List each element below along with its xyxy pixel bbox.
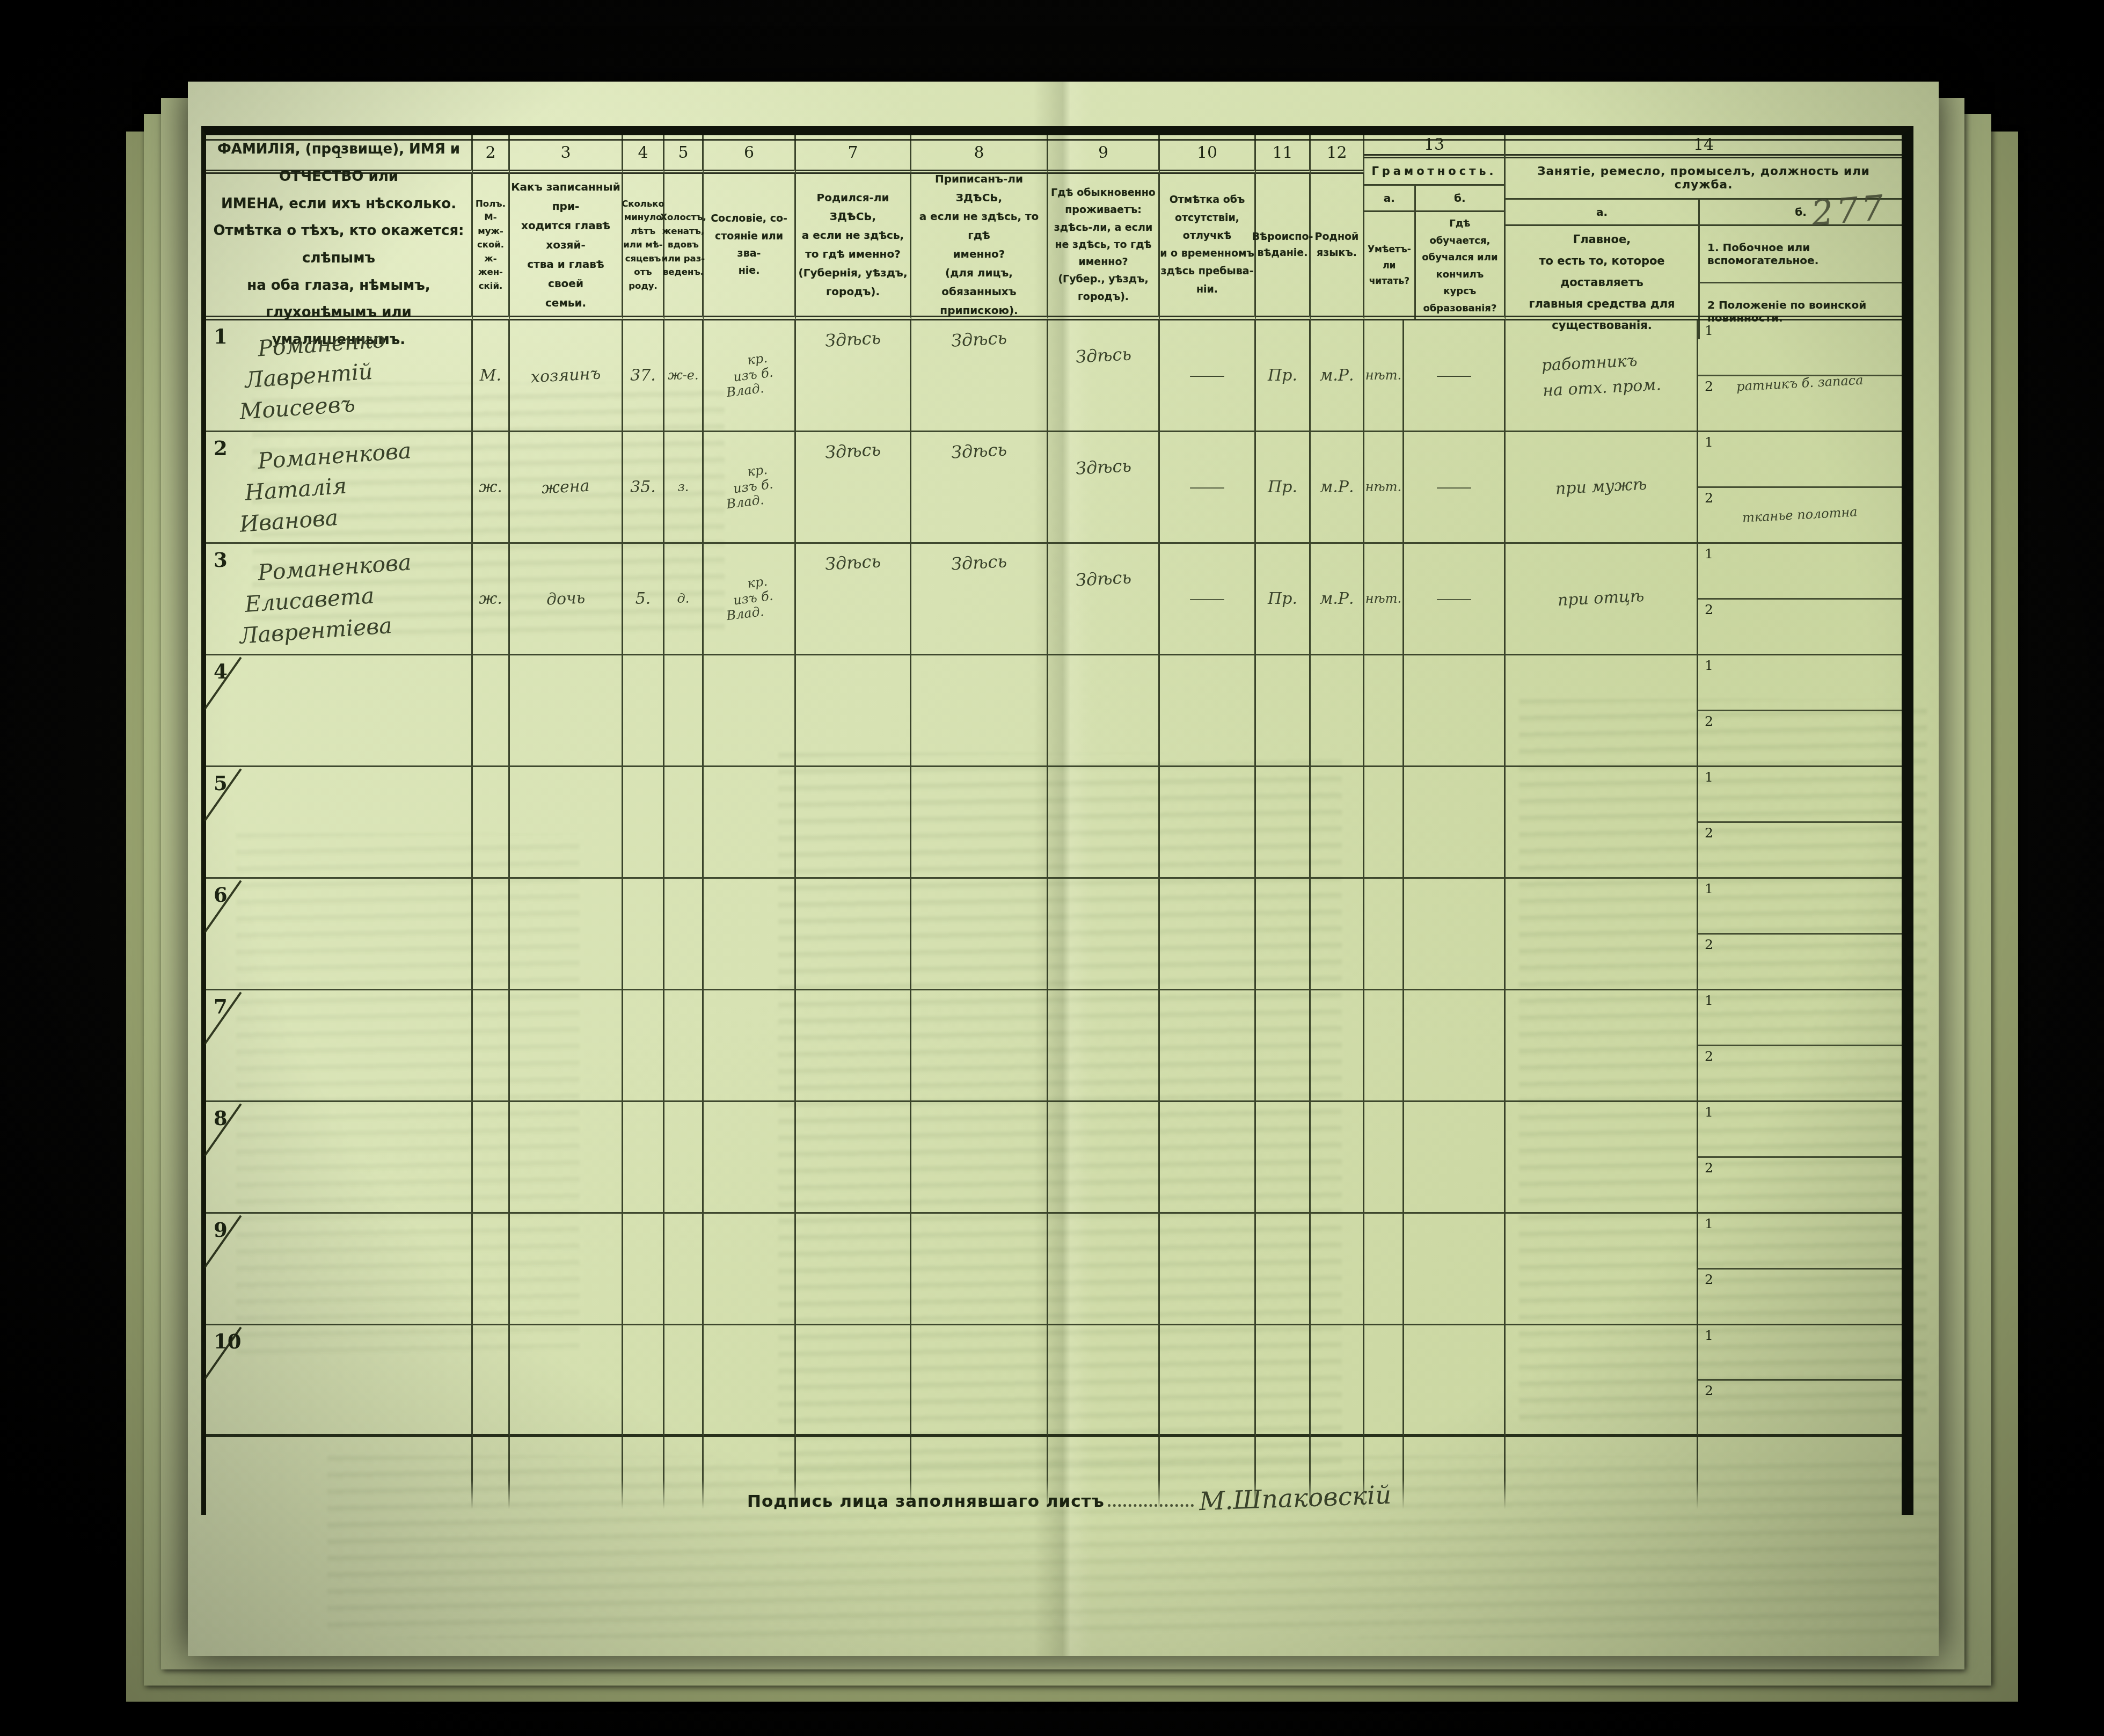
- row-7-empty-cell: [1256, 990, 1311, 1102]
- literacy-sub-b: б. Гдѣ обучается, обучался или кончилъ к…: [1416, 186, 1504, 320]
- sub2-numeral: 2: [1705, 937, 1713, 952]
- row-9-side-sub1: 1: [1698, 1214, 1902, 1268]
- row-8-empty-cell: [1256, 1102, 1311, 1214]
- row-1-age-value: 37.: [630, 366, 656, 385]
- row-2-occupation-main-value: при мужѣ: [1555, 472, 1647, 502]
- row-9-empty-cell: [623, 1214, 664, 1325]
- census-table: 1 2 3 4 5 6 7 8 9 10 11 12 13 Грамотност…: [201, 126, 1913, 1515]
- col-number-9: 9: [1048, 135, 1160, 174]
- row-1-education-value: —: [1435, 367, 1473, 384]
- occupation-sub-b-label: б.277: [1700, 200, 1902, 226]
- col-number-10: 10: [1160, 135, 1256, 174]
- row-8-empty-cell: [911, 1102, 1048, 1214]
- row-8-empty-cell: [473, 1102, 510, 1214]
- row-6-empty-cell: [1048, 879, 1160, 990]
- row-1-estate-value: кр. изъ б. Влад.: [722, 351, 776, 400]
- row-4-side-sub1: 1: [1698, 655, 1902, 710]
- row-9-occupation-side-cell: 12: [1698, 1214, 1902, 1325]
- sub1-numeral: 1: [1705, 658, 1713, 673]
- row-5-side-sub2: 2: [1698, 821, 1902, 877]
- col-header-absence: Отмѣтка объ отсутствіи, отлучкѣ и о врем…: [1160, 174, 1256, 320]
- signature-label: Подпись лица заполнявшаго листъ: [747, 1492, 1105, 1511]
- row-8-name-cell: 8: [206, 1102, 473, 1214]
- row-2-side-sub2: 2тканье полотна: [1698, 486, 1902, 542]
- col-header-religion: Вѣроиспо- вѣданіе.: [1256, 174, 1311, 320]
- col-header-language: Родной языкъ.: [1311, 174, 1364, 320]
- row-9-empty-cell: [1160, 1214, 1256, 1325]
- row-10-empty-cell: [911, 1325, 1048, 1437]
- row-8-empty-cell: [664, 1102, 704, 1214]
- row-3-education: —: [1404, 544, 1506, 655]
- row-4-occupation-side-cell: 12: [1698, 655, 1902, 767]
- row-6-empty-cell: [1506, 879, 1698, 990]
- literacy-group-title: Грамотность.: [1364, 158, 1504, 186]
- row-8-empty-cell: [704, 1102, 796, 1214]
- row-3-relation: дочь: [510, 544, 623, 655]
- col-header-registration: Приписанъ-ли ЗДѢСЬ, а если не здѣсь, то …: [911, 174, 1048, 320]
- row-3-absence: —: [1160, 544, 1256, 655]
- signature-value: М.Шпаковскій: [1199, 1480, 1392, 1516]
- row-1-residence: Здѣсь: [1048, 320, 1160, 432]
- row-6-empty-cell: [510, 879, 623, 990]
- sub1-numeral: 1: [1705, 546, 1713, 561]
- row-3-education-value: —: [1435, 590, 1473, 608]
- row-2-age-value: 35.: [630, 478, 656, 497]
- occupation-subcolumns: а. Главное, то есть то, которое доставля…: [1506, 200, 1902, 339]
- col-number-2: 2: [473, 135, 510, 174]
- row-2-education: —: [1404, 432, 1506, 544]
- column-stub: [664, 1437, 704, 1515]
- row-2-occupation-l1: при мужѣ: [1555, 472, 1647, 502]
- row-3-language-value: м.Р.: [1319, 589, 1354, 608]
- row-6-empty-cell: [473, 879, 510, 990]
- row-7-empty-cell: [1311, 990, 1364, 1102]
- row-3-age: 5.: [623, 544, 664, 655]
- col-header-estate: Сословіе, со- стояніе или зва- ніе.: [704, 174, 796, 320]
- row-6-empty-cell: [796, 879, 911, 990]
- sub1-numeral: 1: [1705, 769, 1713, 785]
- row-9-empty-cell: [1506, 1214, 1698, 1325]
- row-1-marital: ж-е.: [664, 320, 704, 432]
- column-stub: [510, 1437, 623, 1515]
- row-10-side-sub1: 1: [1698, 1325, 1902, 1379]
- row-1-reads-value: нѣт.: [1365, 368, 1401, 383]
- row-3-marital: д.: [664, 544, 704, 655]
- row-5-empty-cell: [1048, 767, 1160, 879]
- row-1-education: —: [1404, 320, 1506, 432]
- row-5-empty-cell: [473, 767, 510, 879]
- row-6-side-sub2: 2: [1698, 933, 1902, 989]
- row-9-number-crossed: 9: [214, 1218, 228, 1242]
- row-3-occupation-l1: при отцѣ: [1557, 584, 1645, 614]
- row-8-empty-cell: [1048, 1102, 1160, 1214]
- row-5-empty-cell: [510, 767, 623, 879]
- sub2-numeral: 2: [1705, 713, 1713, 729]
- row-4-empty-cell: [911, 655, 1048, 767]
- row-3-estate: кр. изъ б. Влад.: [704, 544, 796, 655]
- sub2-numeral: 2: [1705, 378, 1713, 394]
- row-10-empty-cell: [1160, 1325, 1256, 1437]
- row-3-side-sub2: 2: [1698, 598, 1902, 654]
- photograph-black-background: { "page": { "sheet_number": "277", "sign…: [0, 0, 2104, 1736]
- row-9-empty-cell: [1311, 1214, 1364, 1325]
- row-6-empty-cell: [1256, 879, 1311, 990]
- row-7-empty-cell: [664, 990, 704, 1102]
- row-1-absence-value: —: [1188, 367, 1226, 384]
- row-6-number-crossed: 6: [214, 883, 228, 907]
- row-2-military-value: тканье полотна: [1742, 505, 1858, 526]
- row-8-side-sub2: 2: [1698, 1156, 1902, 1212]
- literacy-sub-a: а. Умѣетъ- ли читать?: [1364, 186, 1416, 320]
- row-9-side-sub2: 2: [1698, 1268, 1902, 1324]
- row-3-sex-value: ж.: [479, 589, 502, 608]
- col-number-6: 6: [704, 135, 796, 174]
- row-4-empty-cell: [796, 655, 911, 767]
- row-2-sex: ж.: [473, 432, 510, 544]
- row-3-estate-value: кр. изъ б. Влад.: [722, 574, 776, 624]
- row-3-registration: Здѣсь: [911, 544, 1048, 655]
- row-3-residence: Здѣсь: [1048, 544, 1160, 655]
- row-8-empty-cell: [1404, 1102, 1506, 1214]
- row-5-empty-cell: [664, 767, 704, 879]
- row-7-side-sub1: 1: [1698, 990, 1902, 1045]
- row-1-registration: Здѣсь: [911, 320, 1048, 432]
- row-8-empty-cell: [1160, 1102, 1256, 1214]
- row-6-empty-cell: [1160, 879, 1256, 990]
- row-3-name: Романенкова Елисавета Лаврентіева: [257, 547, 417, 650]
- row-7-empty-cell: [1506, 990, 1698, 1102]
- row-2-reads: нѣт.: [1364, 432, 1404, 544]
- row-7-empty-cell: [911, 990, 1048, 1102]
- col-header-birthplace: Родился-ли ЗДѢСЬ, а если не здѣсь, то гд…: [796, 174, 911, 320]
- row-10-name-cell: 10: [206, 1325, 473, 1437]
- row-1-residence-value: Здѣсь: [1075, 344, 1132, 367]
- row-4-empty-cell: [623, 655, 664, 767]
- row-2-relation: жена: [510, 432, 623, 544]
- row-2-number: 2: [214, 436, 228, 460]
- row-7-empty-cell: [704, 990, 796, 1102]
- row-10-side-sub2: 2: [1698, 1379, 1902, 1434]
- row-5-side-sub1: 1: [1698, 767, 1902, 821]
- sub1-numeral: 1: [1705, 1216, 1713, 1231]
- row-1-name: Романенко Лаврентій Моисеевъ: [257, 325, 391, 426]
- col-header-residence: Гдѣ обыкновенно проживаетъ: здѣсь-ли, а …: [1048, 174, 1160, 320]
- row-2-estate-l3: Влад.: [726, 492, 776, 512]
- row-5-empty-cell: [911, 767, 1048, 879]
- row-1-language: м.Р.: [1311, 320, 1364, 432]
- sub2-numeral: 2: [1705, 602, 1713, 617]
- row-4-number-crossed: 4: [214, 660, 228, 683]
- literacy-sub-b-label: б.: [1416, 186, 1504, 212]
- row-1-name-cell: 1 Романенко Лаврентій Моисеевъ: [206, 320, 473, 432]
- row-4-empty-cell: [1404, 655, 1506, 767]
- row-1-estate: кр. изъ б. Влад.: [704, 320, 796, 432]
- literacy-sub-a-label: а.: [1364, 186, 1414, 212]
- sub1-numeral: 1: [1705, 993, 1713, 1008]
- row-3-estate-l3: Влад.: [726, 603, 776, 624]
- row-7-empty-cell: [473, 990, 510, 1102]
- row-1-estate-l3: Влад.: [726, 380, 776, 400]
- row-1-relation: хозяинъ: [510, 320, 623, 432]
- row-3-language: м.Р.: [1311, 544, 1364, 655]
- row-9-empty-cell: [510, 1214, 623, 1325]
- row-9-empty-cell: [911, 1214, 1048, 1325]
- row-6-empty-cell: [911, 879, 1048, 990]
- row-2-reads-value: нѣт.: [1365, 480, 1401, 495]
- row-3-religion: Пр.: [1256, 544, 1311, 655]
- row-10-number-crossed: 10: [214, 1330, 242, 1353]
- col-number-5: 5: [664, 135, 704, 174]
- row-7-number-crossed: 7: [214, 995, 228, 1018]
- row-10-empty-cell: [510, 1325, 623, 1437]
- row-3-number: 3: [214, 548, 228, 572]
- row-10-empty-cell: [1364, 1325, 1404, 1437]
- row-5-empty-cell: [1311, 767, 1364, 879]
- row-2-language-value: м.Р.: [1319, 478, 1354, 497]
- row-3-marital-value: д.: [677, 592, 690, 607]
- column-stub: [1506, 1437, 1698, 1515]
- sub2-numeral: 2: [1705, 490, 1713, 506]
- occupation-sub-a: а. Главное, то есть то, которое доставля…: [1506, 200, 1700, 339]
- column-stub: [1698, 1437, 1902, 1515]
- row-5-empty-cell: [623, 767, 664, 879]
- row-3-religion-value: Пр.: [1268, 589, 1297, 608]
- col-header-marital: Холостъ, женатъ, вдовъ или раз- веденъ.: [664, 174, 704, 320]
- row-3-reads: нѣт.: [1364, 544, 1404, 655]
- row-7-empty-cell: [1364, 990, 1404, 1102]
- row-1-age: 37.: [623, 320, 664, 432]
- row-6-side-sub1: 1: [1698, 879, 1902, 933]
- row-3-occupation-side-cell: 1 2: [1698, 544, 1902, 655]
- sub2-numeral: 2: [1705, 1048, 1713, 1064]
- row-2-registration-value: Здѣсь: [951, 439, 1007, 462]
- sub1-numeral: 1: [1705, 434, 1713, 450]
- row-7-empty-cell: [1404, 990, 1506, 1102]
- occupation-sub-a-label: а.: [1506, 200, 1698, 226]
- row-3-birthplace-value: Здѣсь: [824, 551, 881, 574]
- row-9-empty-cell: [1256, 1214, 1311, 1325]
- row-2-name: Романенкова Наталія Иванова: [257, 435, 417, 538]
- row-1-relation-value: хозяинъ: [530, 364, 601, 387]
- row-1-birthplace: Здѣсь: [796, 320, 911, 432]
- row-6-empty-cell: [1364, 879, 1404, 990]
- sub1-numeral: 1: [1705, 1327, 1713, 1343]
- row-3-absence-value: —: [1188, 590, 1226, 608]
- row-2-marital: з.: [664, 432, 704, 544]
- row-9-name-cell: 9: [206, 1214, 473, 1325]
- row-8-empty-cell: [510, 1102, 623, 1214]
- sub2-numeral: 2: [1705, 1160, 1713, 1176]
- row-8-empty-cell: [796, 1102, 911, 1214]
- sub1-numeral: 1: [1705, 323, 1713, 338]
- sub1-numeral: 1: [1705, 1104, 1713, 1120]
- row-10-empty-cell: [1048, 1325, 1160, 1437]
- row-3-occupation-main-value: при отцѣ: [1557, 584, 1645, 614]
- row-3-sex: ж.: [473, 544, 510, 655]
- occupation-sub-b: б.277 1. Побочное или вспомогательное. 2…: [1700, 200, 1902, 339]
- row-2-age: 35.: [623, 432, 664, 544]
- row-1-marital-value: ж-е.: [668, 368, 698, 383]
- row-5-empty-cell: [796, 767, 911, 879]
- row-6-empty-cell: [664, 879, 704, 990]
- row-3-residence-value: Здѣсь: [1075, 567, 1132, 590]
- row-8-empty-cell: [1364, 1102, 1404, 1214]
- row-4-empty-cell: [1160, 655, 1256, 767]
- row-1-military-value: ратникъ б. запаса: [1736, 373, 1864, 395]
- row-3-reads-value: нѣт.: [1365, 592, 1401, 607]
- row-8-empty-cell: [1311, 1102, 1364, 1214]
- row-5-empty-cell: [1506, 767, 1698, 879]
- row-7-empty-cell: [1160, 990, 1256, 1102]
- row-7-empty-cell: [623, 990, 664, 1102]
- row-4-empty-cell: [1048, 655, 1160, 767]
- row-4-side-sub2: 2: [1698, 710, 1902, 765]
- row-2-education-value: —: [1435, 478, 1473, 496]
- row-2-estate-value: кр. изъ б. Влад.: [722, 462, 776, 512]
- row-2-religion: Пр.: [1256, 432, 1311, 544]
- row-2-occupation-side-cell: 1 2тканье полотна: [1698, 432, 1902, 544]
- row-4-empty-cell: [510, 655, 623, 767]
- row-10-empty-cell: [1404, 1325, 1506, 1437]
- row-3-birthplace: Здѣсь: [796, 544, 911, 655]
- col-number-4: 4: [623, 135, 664, 174]
- row-2-absence-value: —: [1188, 478, 1226, 496]
- row-10-occupation-side-cell: 12: [1698, 1325, 1902, 1437]
- row-6-empty-cell: [1311, 879, 1364, 990]
- row-4-empty-cell: [1311, 655, 1364, 767]
- row-10-empty-cell: [664, 1325, 704, 1437]
- row-1-religion-value: Пр.: [1268, 366, 1297, 385]
- row-1-sex: М.: [473, 320, 510, 432]
- row-4-name-cell: 4: [206, 655, 473, 767]
- row-2-registration: Здѣсь: [911, 432, 1048, 544]
- col-header-sex: Полъ. М-муж- ской. ж-жен- скій.: [473, 174, 510, 320]
- row-3-name-cell: 3 Романенкова Елисавета Лаврентіева: [206, 544, 473, 655]
- row-4-empty-cell: [664, 655, 704, 767]
- row-9-empty-cell: [473, 1214, 510, 1325]
- literacy-subcolumns: а. Умѣетъ- ли читать? б. Гдѣ обучается, …: [1364, 186, 1504, 320]
- sub2-numeral: 2: [1705, 825, 1713, 841]
- row-10-empty-cell: [704, 1325, 796, 1437]
- row-1-side-sub2: 2ратникъ б. запаса: [1698, 375, 1902, 431]
- col-header-relation: Какъ записанный при- ходится главѣ хозяй…: [510, 174, 623, 320]
- row-4-empty-cell: [473, 655, 510, 767]
- row-8-empty-cell: [623, 1102, 664, 1214]
- row-1-reads: нѣт.: [1364, 320, 1404, 432]
- occupation-side-item: 1. Побочное или вспомогательное.: [1700, 226, 1902, 282]
- row-5-empty-cell: [1160, 767, 1256, 879]
- col-header-literacy-group: 13 Грамотность. а. Умѣетъ- ли читать? б.…: [1364, 135, 1506, 320]
- col-header-age: Сколько минуло лѣтъ или мѣ- сяцевъ отъ р…: [623, 174, 664, 320]
- signature-line: Подпись лица заполнявшаго листъ М.Шпаков…: [747, 1484, 1391, 1513]
- row-6-empty-cell: [623, 879, 664, 990]
- row-1-registration-value: Здѣсь: [951, 327, 1007, 351]
- row-5-empty-cell: [1364, 767, 1404, 879]
- row-3-occupation-main: при отцѣ: [1506, 544, 1698, 655]
- col-number-12: 12: [1311, 135, 1364, 174]
- row-8-empty-cell: [1506, 1102, 1698, 1214]
- row-1-occupation-side-cell: 1 2ратникъ б. запаса: [1698, 320, 1902, 432]
- row-5-name-cell: 5: [206, 767, 473, 879]
- row-2-religion-value: Пр.: [1268, 478, 1297, 497]
- row-1-absence: —: [1160, 320, 1256, 432]
- handwritten-sheet-number: 277: [1810, 188, 1888, 234]
- row-1-language-value: м.Р.: [1319, 366, 1354, 385]
- row-6-occupation-side-cell: 12: [1698, 879, 1902, 990]
- row-7-empty-cell: [796, 990, 911, 1102]
- row-10-empty-cell: [623, 1325, 664, 1437]
- row-9-empty-cell: [796, 1214, 911, 1325]
- row-5-empty-cell: [1404, 767, 1506, 879]
- census-form-sheet: 1 2 3 4 5 6 7 8 9 10 11 12 13 Грамотност…: [188, 82, 1939, 1656]
- column-stub: [623, 1437, 664, 1515]
- literacy-sub-a-text: Умѣетъ- ли читать?: [1364, 212, 1414, 320]
- column-stub: [1404, 1437, 1506, 1515]
- row-2-language: м.Р.: [1311, 432, 1364, 544]
- row-6-empty-cell: [704, 879, 796, 990]
- row-4-empty-cell: [1506, 655, 1698, 767]
- row-1-religion: Пр.: [1256, 320, 1311, 432]
- row-10-empty-cell: [473, 1325, 510, 1437]
- sub2-numeral: 2: [1705, 1272, 1713, 1287]
- row-2-side-sub1: 1: [1698, 432, 1902, 486]
- row-2-birthplace: Здѣсь: [796, 432, 911, 544]
- row-3-age-value: 5.: [635, 589, 651, 608]
- row-2-birthplace-value: Здѣсь: [824, 439, 881, 462]
- row-1-occupation-main: работникъ на отх. пром.: [1506, 320, 1698, 432]
- col-header-name: ФАМИЛІЯ, (прозвище), ИМЯ и ОТЧЕСТВО или …: [206, 174, 473, 320]
- row-7-side-sub2: 2: [1698, 1045, 1902, 1100]
- row-1-side-sub1: 1: [1698, 320, 1902, 375]
- row-6-empty-cell: [1404, 879, 1506, 990]
- row-5-occupation-side-cell: 12: [1698, 767, 1902, 879]
- row-7-empty-cell: [510, 990, 623, 1102]
- column-stub: [473, 1437, 510, 1515]
- row-5-empty-cell: [1256, 767, 1311, 879]
- col-number-11: 11: [1256, 135, 1311, 174]
- col-number-7: 7: [796, 135, 911, 174]
- row-4-empty-cell: [704, 655, 796, 767]
- row-2-estate: кр. изъ б. Влад.: [704, 432, 796, 544]
- col-header-occupation-group: 14 Занятіе, ремесло, промыселъ, должност…: [1506, 135, 1902, 320]
- row-2-relation-value: жена: [541, 477, 590, 498]
- row-9-empty-cell: [704, 1214, 796, 1325]
- row-10-empty-cell: [1506, 1325, 1698, 1437]
- col-number-13: 13: [1364, 135, 1504, 158]
- col-number-14: 14: [1506, 135, 1902, 158]
- row-9-empty-cell: [664, 1214, 704, 1325]
- row-4-empty-cell: [1256, 655, 1311, 767]
- signature-dotted-leader: [1108, 1490, 1194, 1507]
- literacy-sub-b-text: Гдѣ обучается, обучался или кончилъ курс…: [1416, 212, 1504, 320]
- row-1-birthplace-value: Здѣсь: [824, 327, 881, 351]
- row-9-empty-cell: [1048, 1214, 1160, 1325]
- row-4-empty-cell: [1364, 655, 1404, 767]
- sub1-numeral: 1: [1705, 881, 1713, 896]
- col-number-8: 8: [911, 135, 1048, 174]
- col-number-3: 3: [510, 135, 623, 174]
- row-5-empty-cell: [704, 767, 796, 879]
- sub2-numeral: 2: [1705, 1383, 1713, 1398]
- row-2-residence: Здѣсь: [1048, 432, 1160, 544]
- occupation-sub-b-letter: б.: [1795, 206, 1807, 218]
- row-1-occupation-main-value: работникъ на отх. пром.: [1540, 347, 1661, 403]
- row-2-name-cell: 2 Романенкова Наталія Иванова: [206, 432, 473, 544]
- row-10-empty-cell: [1311, 1325, 1364, 1437]
- row-3-relation-value: дочь: [546, 588, 586, 609]
- row-2-marital-value: з.: [678, 480, 689, 495]
- row-9-empty-cell: [1404, 1214, 1506, 1325]
